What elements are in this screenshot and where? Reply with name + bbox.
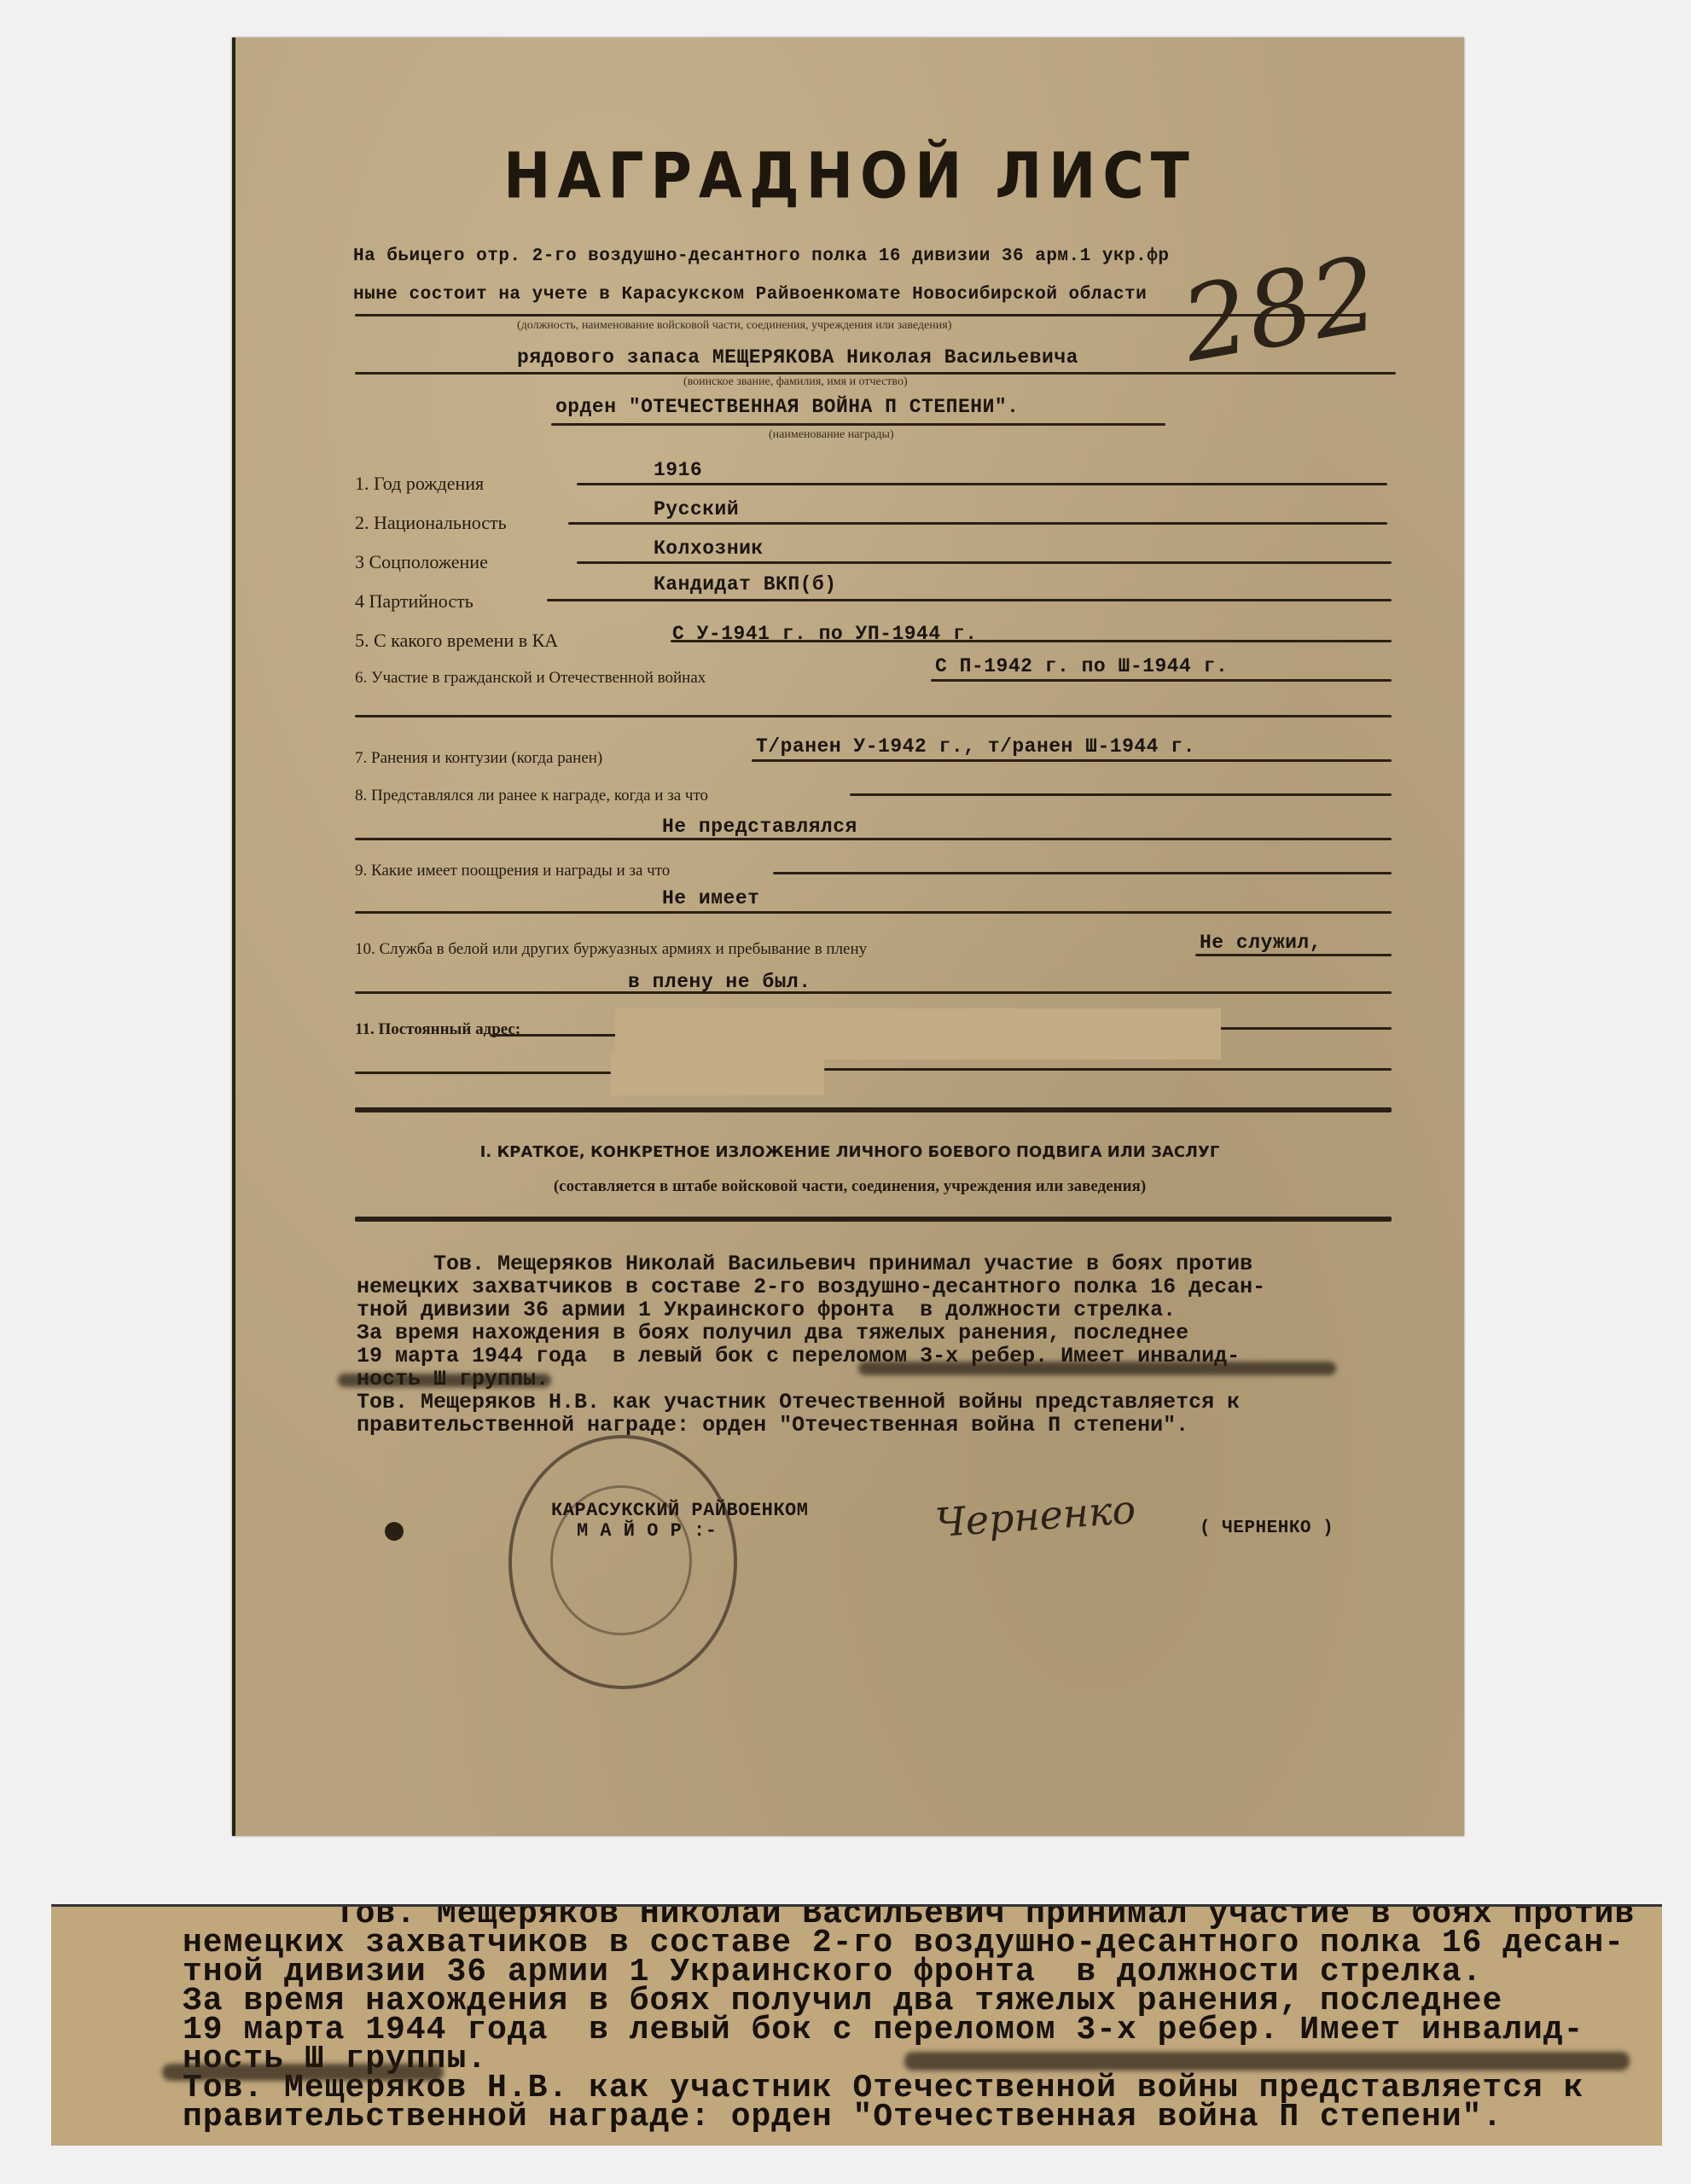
rule — [355, 1107, 1392, 1112]
signer-name: ( ЧЕРНЕНКО ) — [1200, 1519, 1334, 1538]
punch-hole — [385, 1522, 404, 1541]
field-3-label: 3 Соцположение — [355, 551, 488, 573]
official-stamp — [508, 1435, 737, 1689]
ink-underline — [858, 1362, 1336, 1375]
rule — [773, 872, 1392, 874]
field-3-value: Колхозник — [654, 537, 764, 560]
rule — [355, 1072, 611, 1074]
signature: Черненко — [933, 1486, 1136, 1546]
rule — [824, 1068, 1392, 1071]
rule — [752, 759, 1392, 762]
rule — [1217, 1027, 1392, 1030]
person-line: рядового запаса МЕЩЕРЯКОВА Николая Васил… — [517, 346, 1078, 369]
award-sheet-document: НАГРАДНОЙ ЛИСТ 282 На бьицего отр. 2-го … — [232, 38, 1464, 1836]
rule — [355, 838, 1392, 840]
rule — [931, 679, 1392, 682]
field-1-label: 1. Год рождения — [355, 473, 484, 495]
narrative-line: За время нахождения в боях получил два т… — [357, 1321, 1466, 1345]
narrative-line: немецких захватчиков в составе 2-го возд… — [357, 1275, 1466, 1298]
field-8-value: Не представлялся — [662, 816, 857, 838]
field-2-value: Русский — [654, 498, 739, 520]
field-6-value: С П-1942 г. по Ш-1944 г. — [935, 655, 1228, 677]
field-7-label: 7. Ранения и контузии (когда ранен) — [355, 749, 602, 768]
excerpt-line: правительственной награде: орден "Отечес… — [183, 2103, 1502, 2132]
rule — [355, 314, 1362, 317]
award-line: орден "ОТЕЧЕСТВЕННАЯ ВОЙНА П СТЕПЕНИ". — [555, 396, 1020, 418]
narrative-line: правительственной награде: орден "Отечес… — [357, 1414, 1466, 1437]
field-5-label: 5. С какого времени в КА — [355, 630, 558, 652]
redacted-address — [615, 1008, 1221, 1060]
rule — [355, 911, 1392, 914]
person-caption: (воинское звание, фамилия, имя и отчеств… — [683, 375, 908, 389]
field-10-value: Не служил, — [1200, 932, 1322, 954]
rule — [551, 423, 1165, 426]
field-7-value: Т/ранен У-1942 г., т/ранен Ш-1944 г. — [756, 735, 1195, 758]
rule — [1195, 954, 1392, 956]
rule — [577, 561, 1392, 564]
field-9-value: Не имеет — [662, 887, 759, 909]
rule — [577, 483, 1387, 485]
rule — [547, 599, 1392, 601]
award-caption: (наименование награды) — [769, 428, 894, 442]
narrative-line: тной дивизии 36 армии 1 Украинского фрон… — [357, 1298, 1466, 1321]
field-10-value-2: в плену не был. — [628, 971, 811, 993]
rule — [671, 640, 1392, 642]
rule — [355, 715, 1392, 717]
header-line-2: ныне состоит на учете в Карасукском Райв… — [353, 285, 1147, 305]
field-8-label: 8. Представлялся ли ранее к награде, ког… — [355, 787, 708, 805]
rule — [850, 793, 1392, 796]
field-4-label: 4 Партийность — [355, 590, 474, 613]
signer-org: КАРАСУКСКИЙ РАЙВОЕНКОМ — [551, 1500, 808, 1521]
header-caption: (должность, наименование войсковой части… — [517, 319, 951, 333]
field-2-label: 2. Национальность — [355, 512, 507, 534]
field-1-value: 1916 — [654, 459, 702, 481]
section-caption: (составляется в штабе войсковой части, с… — [235, 1177, 1464, 1196]
signer-rank: М А Й О Р :- — [577, 1520, 717, 1542]
rule — [355, 991, 1392, 994]
enlarged-excerpt: Тов. Мещеряков Николай Васильевич приним… — [51, 1904, 1662, 2146]
narrative-line: Тов. Мещеряков Николай Васильевич приним… — [357, 1252, 1466, 1275]
header-line-1: На бьицего отр. 2-го воздушно-десантного… — [353, 247, 1169, 266]
document-title: НАГРАДНОЙ ЛИСТ — [235, 139, 1464, 212]
ink-underline — [904, 2052, 1630, 2071]
rule — [568, 522, 1387, 525]
field-9-label: 9. Какие имеет поощрения и награды и за … — [355, 862, 670, 880]
field-10-label: 10. Служба в белой или других буржуазных… — [355, 940, 867, 959]
handwritten-number: 282 — [1174, 235, 1387, 386]
ink-underline — [162, 2064, 444, 2081]
rule — [355, 1217, 1392, 1222]
field-4-value: Кандидат ВКП(б) — [654, 573, 837, 595]
field-6-label: 6. Участие в гражданской и Отечественной… — [355, 669, 706, 688]
redacted-address — [611, 1053, 824, 1095]
narrative-line: Тов. Мещеряков Н.В. как участник Отечест… — [357, 1391, 1466, 1414]
section-title: I. КРАТКОЕ, КОНКРЕТНОЕ ИЗЛОЖЕНИЕ ЛИЧНОГО… — [235, 1143, 1464, 1161]
ink-underline — [338, 1374, 551, 1387]
rule — [355, 372, 1396, 375]
